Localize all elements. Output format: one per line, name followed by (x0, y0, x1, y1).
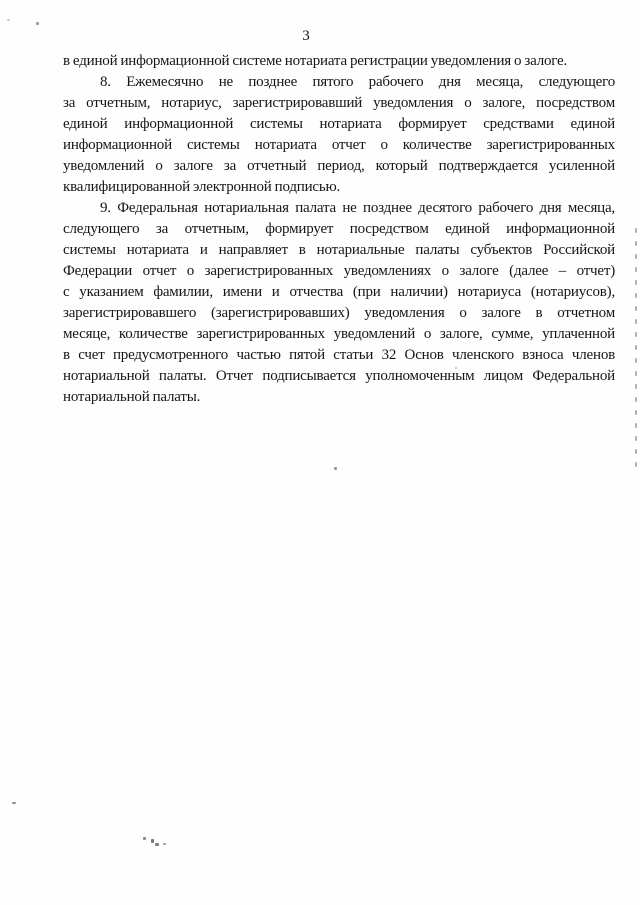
scan-artifact (334, 467, 337, 470)
document-body: в единой информационной системе нотариат… (63, 51, 615, 408)
scan-artifact (635, 436, 637, 441)
text-line: системы нотариата и направляет в нотариа… (63, 240, 615, 261)
text-line: в единой информационной системе нотариат… (63, 51, 615, 72)
scan-artifact (163, 843, 166, 845)
text-line: зарегистрировавшего (зарегистрировавших)… (63, 303, 615, 324)
scan-artifact (635, 358, 637, 363)
scan-artifact (635, 293, 637, 298)
scan-artifact (151, 839, 154, 843)
scan-artifact (635, 410, 637, 415)
scan-artifact (635, 397, 637, 402)
scan-artifact (635, 241, 637, 246)
scan-artifact (155, 843, 159, 846)
scan-artifact (12, 802, 16, 804)
scan-artifact (7, 19, 10, 21)
scan-artifact (635, 319, 637, 324)
scan-artifact (635, 332, 637, 337)
scan-artifact (635, 462, 637, 467)
text-line: нотариальной палаты. Отчет подписывается… (63, 366, 615, 387)
text-line: единой информационной системы нотариата … (63, 114, 615, 135)
document-page: 3 в единой информационной системе нотари… (0, 0, 640, 905)
text-line: следующего за отчетным, формирует посред… (63, 219, 615, 240)
scan-artifact (635, 254, 637, 259)
text-line: 8. Ежемесячно не позднее пятого рабочего… (63, 72, 615, 93)
page-number: 3 (0, 26, 612, 47)
text-line: в счет предусмотренного частью пятой ста… (63, 345, 615, 366)
scan-artifact (635, 371, 637, 376)
scan-artifact (635, 449, 637, 454)
scan-artifact (635, 228, 637, 233)
paragraph-item-8: 8. Ежемесячно не позднее пятого рабочего… (63, 72, 615, 198)
scan-artifact (635, 306, 637, 311)
scan-artifact (635, 267, 637, 272)
text-line: 9. Федеральная нотариальная палата не по… (63, 198, 615, 219)
scan-artifact (36, 22, 39, 25)
text-line: уведомлений о залоге за отчетный период,… (63, 156, 615, 177)
text-line: Федерации отчет о зарегистрированных уве… (63, 261, 615, 282)
scan-artifact (143, 837, 146, 840)
text-line: за отчетным, нотариус, зарегистрировавши… (63, 93, 615, 114)
scan-artifact (635, 423, 637, 428)
scan-artifact (635, 280, 637, 285)
text-line: месяце, количестве зарегистрированных ув… (63, 324, 615, 345)
paragraph-item-9: 9. Федеральная нотариальная палата не по… (63, 198, 615, 408)
paragraph-continuation: в единой информационной системе нотариат… (63, 51, 615, 72)
text-line: нотариальной палаты. (63, 387, 615, 408)
scan-artifact (635, 345, 637, 350)
text-line: информационной системы нотариата отчет о… (63, 135, 615, 156)
text-line: квалифицированной электронной подписью. (63, 177, 615, 198)
text-line: с указанием фамилии, имени и отчества (п… (63, 282, 615, 303)
scan-artifact (635, 384, 637, 389)
